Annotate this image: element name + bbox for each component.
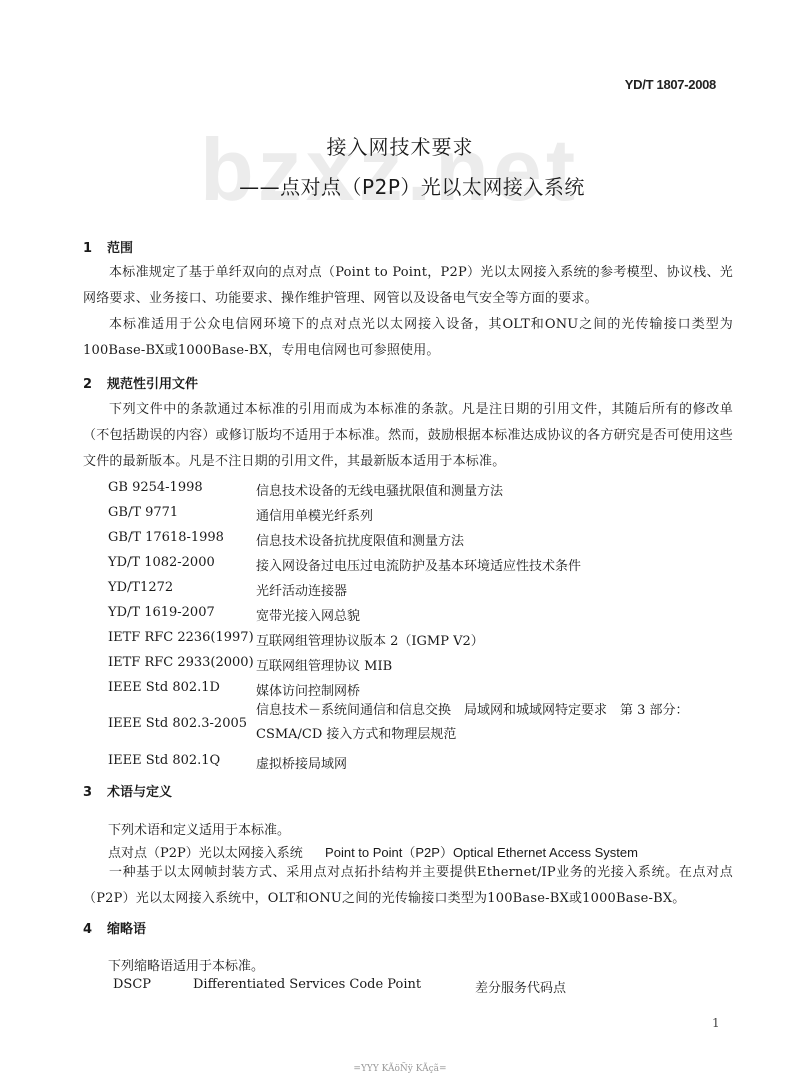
document-page: YD/T 1807-2008 bzxz.net 接入网技术要求 ——点对点（P2… xyxy=(0,0,800,1084)
reference-title: 信息技术设备抗扰度限值和测量方法 xyxy=(256,530,464,549)
section-number: 3 xyxy=(83,785,107,800)
reference-code: GB/T 9771 xyxy=(108,505,178,520)
reference-code: YD/T 1619-2007 xyxy=(108,605,215,620)
reference-title: 虚拟桥接局域网 xyxy=(256,753,347,772)
section-number: 1 xyxy=(83,241,107,256)
document-title: 接入网技术要求 xyxy=(0,131,800,160)
section-heading-normative-references: 2规范性引用文件 xyxy=(83,373,198,392)
section-title: 术语与定义 xyxy=(107,785,172,800)
footer-mark: =ΥΥΥ KÃöÑÿ KÃçã= xyxy=(0,1064,800,1074)
section-heading-scope: 1范围 xyxy=(83,237,133,256)
abbreviation-english: Differentiated Services Code Point xyxy=(193,977,421,992)
abbreviation: DSCP xyxy=(113,977,151,992)
reference-title: 媒体访问控制网桥 xyxy=(256,680,360,699)
section-number: 2 xyxy=(83,377,107,392)
reference-code: YD/T1272 xyxy=(108,580,173,595)
reference-code: IEEE Std 802.1Q xyxy=(108,753,220,768)
reference-code: IEEE Std 802.1D xyxy=(108,680,220,695)
term-entry: 点对点（P2P）光以太网接入系统 Point to Point（P2P）Opti… xyxy=(108,842,638,861)
abbreviation-chinese: 差分服务代码点 xyxy=(475,977,566,996)
reference-title: 光纤活动连接器 xyxy=(256,580,347,599)
reference-title: 通信用单模光纤系列 xyxy=(256,505,373,524)
reference-title: 信息技术－系统间通信和信息交换 局域网和城域网特定要求 第 3 部分： CSMA… xyxy=(256,699,689,747)
section-number: 4 xyxy=(83,922,107,937)
section-title: 规范性引用文件 xyxy=(107,377,198,392)
document-subtitle: ——点对点（P2P）光以太网接入系统 xyxy=(12,171,800,200)
section-heading-abbreviations: 4缩略语 xyxy=(83,918,146,937)
paragraph: 下列文件中的条款通过本标准的引用而成为本标准的条款。凡是注日期的引用文件，其随后… xyxy=(83,397,733,475)
reference-code: IETF RFC 2236(1997) xyxy=(108,630,254,645)
paragraph: 本标准适用于公众电信网环境下的点对点光以太网接入设备，其OLT和ONU之间的光传… xyxy=(83,312,733,364)
section-title: 范围 xyxy=(107,241,133,256)
reference-title: 接入网设备过电压过电流防护及基本环境适应性技术条件 xyxy=(256,555,581,574)
section-heading-terms-definitions: 3术语与定义 xyxy=(83,781,172,800)
reference-title-line1: 信息技术－系统间通信和信息交换 局域网和城域网特定要求 第 3 部分： xyxy=(256,703,689,718)
section-title: 缩略语 xyxy=(107,922,146,937)
page-number: 1 xyxy=(712,1016,720,1030)
section-intro: 下列缩略语适用于本标准。 xyxy=(108,955,264,974)
reference-title: 互联网组管理协议 MIB xyxy=(256,655,392,674)
reference-title: 互联网组管理协议版本 2（IGMP V2） xyxy=(256,630,484,649)
reference-code: IEEE Std 802.3-2005 xyxy=(108,716,247,731)
term-chinese: 点对点（P2P）光以太网接入系统 xyxy=(108,846,303,861)
term-english: Point to Point（P2P）Optical Ethernet Acce… xyxy=(325,845,638,860)
reference-title-line2: CSMA/CD 接入方式和物理层规范 xyxy=(256,727,456,742)
reference-code: IETF RFC 2933(2000) xyxy=(108,655,254,670)
reference-code: YD/T 1082-2000 xyxy=(108,555,215,570)
term-definition: 一种基于以太网帧封装方式、采用点对点拓扑结构并主要提供Ethernet/IP业务… xyxy=(83,860,733,912)
reference-title: 信息技术设备的无线电骚扰限值和测量方法 xyxy=(256,480,503,499)
reference-title: 宽带光接入网总貌 xyxy=(256,605,360,624)
document-code: YD/T 1807-2008 xyxy=(625,77,716,92)
paragraph: 本标准规定了基于单纤双向的点对点（Point to Point，P2P）光以太网… xyxy=(83,260,733,312)
reference-code: GB 9254-1998 xyxy=(108,480,203,495)
reference-code: GB/T 17618-1998 xyxy=(108,530,224,545)
section-intro: 下列术语和定义适用于本标准。 xyxy=(108,819,290,838)
